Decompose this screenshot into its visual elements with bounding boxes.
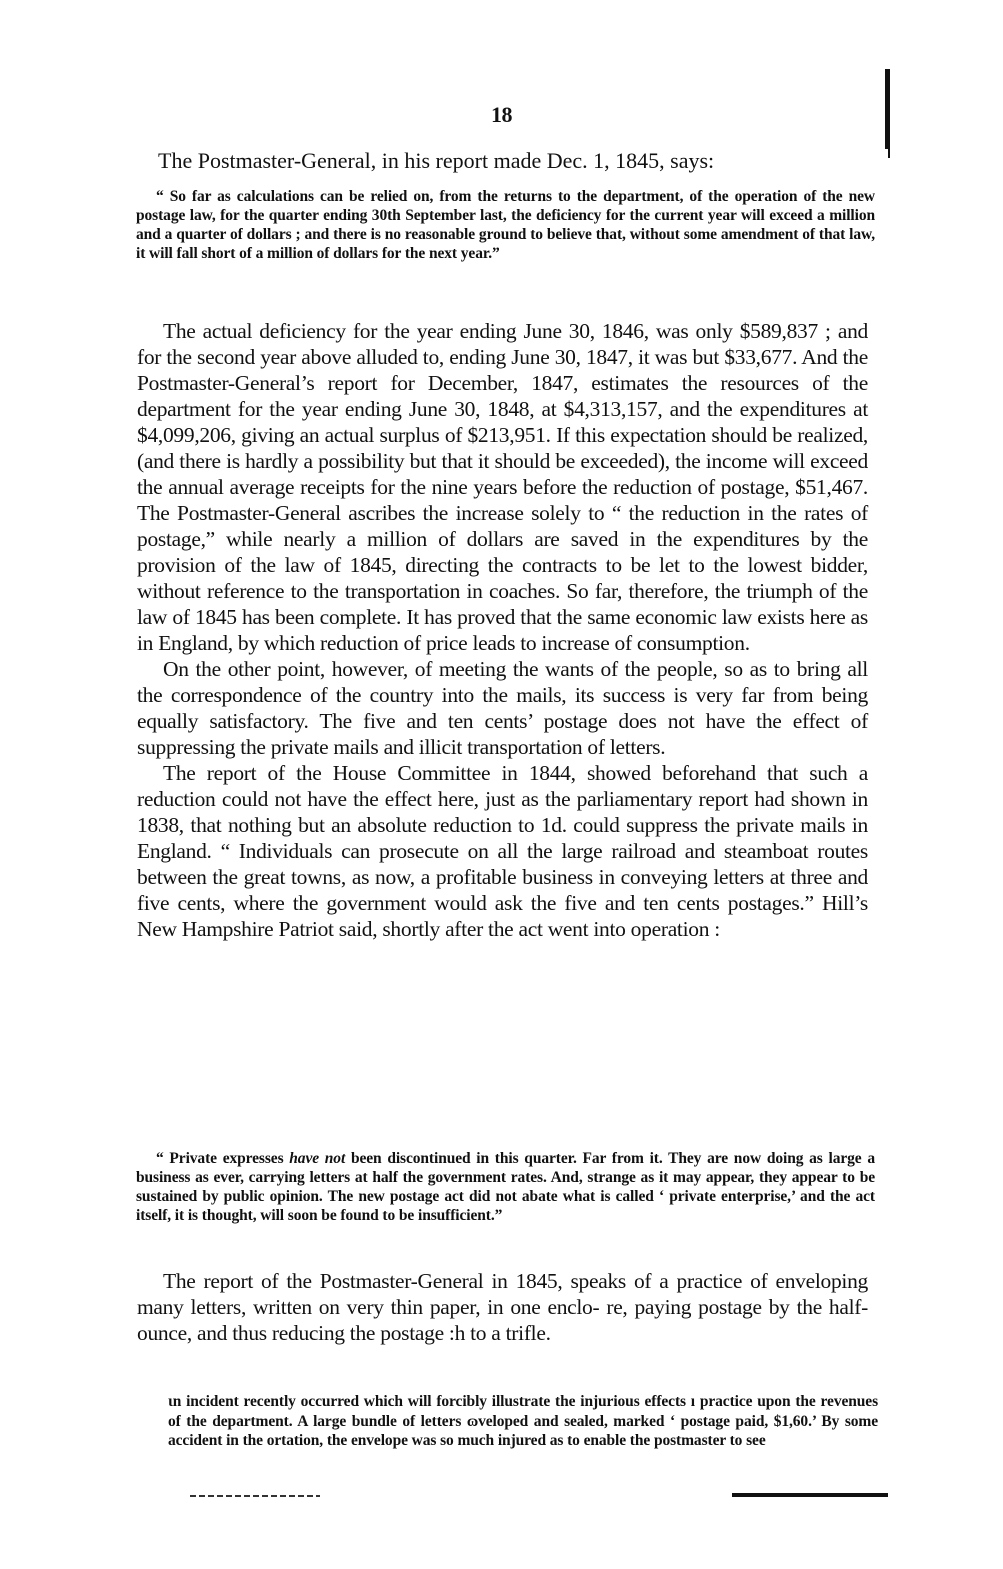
quote-text-start: “ Private expresses xyxy=(156,1150,289,1167)
paragraph: The report of the House Committee in 184… xyxy=(137,760,868,942)
page-number: 18 xyxy=(0,102,1003,128)
page-edge-line-tail xyxy=(888,140,890,158)
block-quote-text: “ Private expresses have not been discon… xyxy=(136,1149,875,1225)
footnote-text: ɩn incident recently occurred which will… xyxy=(168,1392,878,1451)
scanned-book-page: 18 The Postmaster-General, in his report… xyxy=(0,0,1003,1569)
block-quote-postmaster: “ So far as calculations can be relied o… xyxy=(136,187,875,263)
paragraph: On the other point, however, of meeting … xyxy=(137,656,868,760)
paragraph: The report of the Postmaster-General in … xyxy=(137,1268,868,1346)
quote-text-italic: have not xyxy=(289,1150,345,1167)
bottom-rule-left xyxy=(190,1495,320,1497)
body-text-closing: The report of the Postmaster-General in … xyxy=(137,1268,868,1346)
body-text: The actual deficiency for the year endin… xyxy=(137,318,868,942)
intro-line: The Postmaster-General, in his report ma… xyxy=(158,147,878,175)
block-quote-text: “ So far as calculations can be relied o… xyxy=(136,187,875,263)
block-quote-patriot: “ Private expresses have not been discon… xyxy=(136,1149,875,1225)
footnote: ɩn incident recently occurred which will… xyxy=(168,1392,878,1451)
paragraph: The actual deficiency for the year endin… xyxy=(137,318,868,656)
bottom-rule-right xyxy=(732,1493,888,1497)
